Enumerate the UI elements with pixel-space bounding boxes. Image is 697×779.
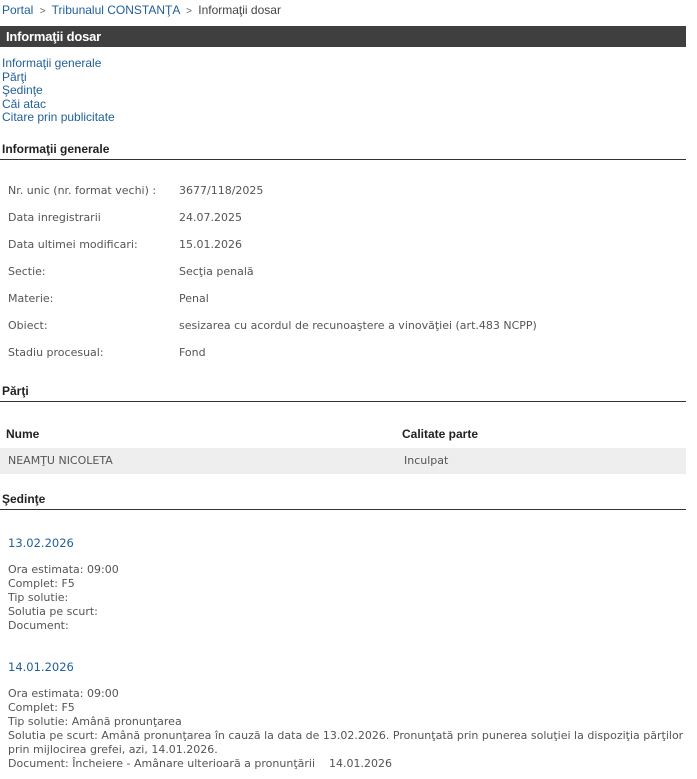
party-name: NEAMŢU NICOLETA [8,448,113,474]
info-label: Data ultimei modificari: [8,238,179,265]
section-heading-sedinte: Şedinţe [0,492,686,510]
hearing-document: Document: Încheiere - Amânare ulterioară… [8,757,688,771]
info-row-nr-unic: Nr. unic (nr. format vechi) : 3677/118/2… [8,184,537,211]
hearing-item: 14.01.2026 Ora estimata: 09:00 Complet: … [8,660,688,771]
general-info-table: Nr. unic (nr. format vechi) : 3677/118/2… [8,184,537,373]
hearing-date: 13.02.2026 [8,536,688,550]
breadcrumb-portal-link[interactable]: Portal [2,3,33,17]
nav-link-sedinte[interactable]: Şedinţe [2,84,115,98]
table-row: NEAMŢU NICOLETA Inculpat [0,448,686,474]
section-heading-parti: Părţi [0,384,686,402]
section-nav: Informaţii generale Părţi Şedinţe Căi at… [2,57,115,125]
info-row-data-inregistrarii: Data inregistrarii 24.07.2025 [8,211,537,238]
info-label: Sectie: [8,265,179,292]
info-label: Obiect: [8,319,179,346]
info-label: Nr. unic (nr. format vechi) : [8,184,179,211]
column-header-calitate-parte: Calitate parte [402,426,478,442]
info-value: sesizarea cu acordul de recunoaştere a v… [179,319,537,346]
hearing-time: Ora estimata: 09:00 [8,687,688,701]
info-value: 24.07.2025 [179,211,242,238]
nav-link-parti[interactable]: Părţi [2,71,115,85]
page-title: Informaţii dosar [0,26,686,47]
nav-link-cai-atac[interactable]: Căi atac [2,98,115,112]
hearing-document-label: Document: Încheiere - Amânare ulterioară… [8,757,315,770]
hearing-document-label: Document: [8,619,69,632]
hearing-document-date: 14.01.2026 [329,757,392,770]
parti-table-header: Nume Calitate parte [0,426,686,448]
hearing-solution-type: Tip solutie: [8,591,688,605]
breadcrumb-current: Informaţii dosar [198,3,281,17]
info-value: Fond [179,346,206,373]
info-label: Materie: [8,292,179,319]
info-row-obiect: Obiect: sesizarea cu acordul de recunoaş… [8,319,537,346]
info-row-materie: Materie: Penal [8,292,537,319]
hearing-document: Document: [8,619,688,633]
party-role: Inculpat [404,448,448,474]
info-label: Stadiu procesual: [8,346,179,373]
hearing-time: Ora estimata: 09:00 [8,563,688,577]
info-row-data-ultimei-modificari: Data ultimei modificari: 15.01.2026 [8,238,537,265]
info-row-sectie: Sectie: Secţia penală [8,265,537,292]
hearing-item: 13.02.2026 Ora estimata: 09:00 Complet: … [8,536,688,633]
section-heading-informatii-generale: Informaţii generale [0,142,686,160]
info-label: Data inregistrarii [8,211,179,238]
nav-link-informatii-generale[interactable]: Informaţii generale [2,57,115,71]
breadcrumb-separator: > [40,6,46,17]
hearing-panel: Complet: F5 [8,577,688,591]
breadcrumb-tribunal-link[interactable]: Tribunalul CONSTANŢA [52,3,180,17]
info-value: Penal [179,292,209,319]
breadcrumb: Portal > Tribunalul CONSTANŢA > Informaţ… [2,3,281,19]
nav-link-citare-prin-publicitate[interactable]: Citare prin publicitate [2,111,115,125]
info-value: 3677/118/2025 [179,184,263,211]
info-value: 15.01.2026 [179,238,242,265]
column-header-nume: Nume [6,426,39,442]
breadcrumb-separator: > [186,6,192,17]
hearing-solution-type: Tip solutie: Amână pronunţarea [8,715,688,729]
hearing-date: 14.01.2026 [8,660,688,674]
hearing-panel: Complet: F5 [8,701,688,715]
hearing-solution-summary: Solutia pe scurt: Amână pronunţarea în c… [8,729,688,757]
info-value: Secţia penală [179,265,254,292]
hearing-solution-summary: Solutia pe scurt: [8,605,688,619]
info-row-stadiu-procesual: Stadiu procesual: Fond [8,346,537,373]
